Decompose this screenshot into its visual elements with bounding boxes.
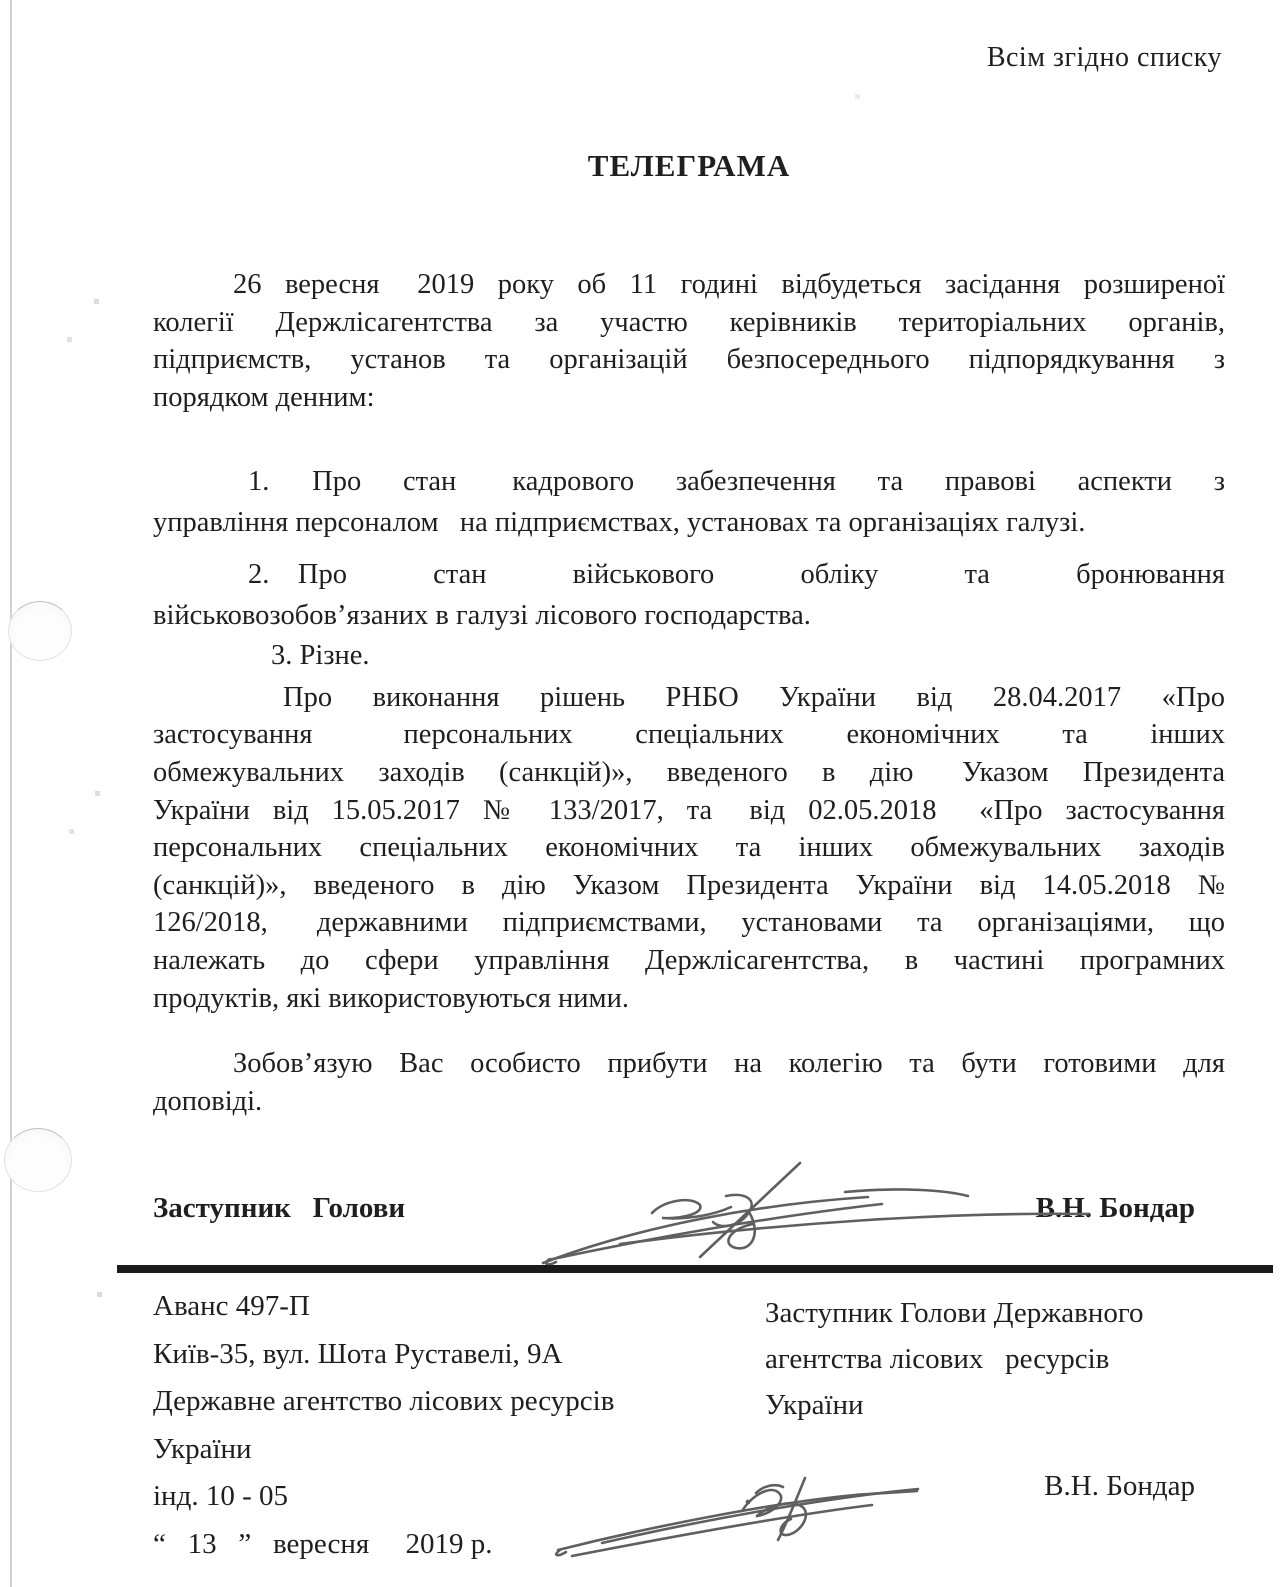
agenda-item-1: 1. Про стан кадрового забезпечення та пр… — [153, 462, 1225, 543]
punch-hole-bottom — [4, 1128, 72, 1192]
text-line: (санкцій)», введеного в дію Указом Прези… — [153, 867, 1225, 905]
text-line: 3. Різне. — [153, 636, 1225, 677]
text-line: Державне агентство лісових ресурсів — [153, 1378, 773, 1426]
text-line: колегії Держлісагентства за участю керів… — [153, 304, 1225, 342]
footer-sender-block: Аванс 497-ПКиїв-35, вул. Шота Руставелі,… — [153, 1283, 773, 1568]
text-line: 126/2018, державними підприємствами, уст… — [153, 904, 1225, 942]
signer-position-title: Заступник Голови — [153, 1192, 405, 1225]
text-line: “ 13 ” вересня 2019 р. — [153, 1521, 773, 1569]
obligation-paragraph: Зобов’язую Вас особисто прибути на колег… — [153, 1045, 1225, 1120]
text-line: порядком денним: — [153, 379, 1225, 417]
text-line: України — [153, 1426, 773, 1474]
text-line: України — [765, 1382, 1215, 1428]
text-line: продуктів, які використовуються ними. — [153, 980, 1225, 1018]
text-line: Зобов’язую Вас особисто прибути на колег… — [153, 1045, 1225, 1083]
signer-name: В.Н. Бондар — [1036, 1192, 1195, 1225]
text-line: 2. Про стан військового обліку та бронюв… — [153, 555, 1225, 596]
footer-signer-name: В.Н. Бондар — [1044, 1470, 1195, 1503]
text-line: обмежувальних заходів (санкцій)», введен… — [153, 754, 1225, 792]
footer-position-block: Заступник Голови Державногоагентства ліс… — [765, 1290, 1215, 1428]
text-line: Аванс 497-П — [153, 1283, 773, 1331]
text-line: Київ-35, вул. Шота Руставелі, 9А — [153, 1331, 773, 1379]
agenda-item-2: 2. Про стан військового обліку та бронюв… — [153, 555, 1225, 636]
scan-edge-line — [10, 0, 12, 1587]
text-line: військовозобов’язаних в галузі лісового … — [153, 596, 1225, 637]
text-line: персональних спеціальних економічних та … — [153, 829, 1225, 867]
document-title: ТЕЛЕГРАМА — [153, 148, 1225, 184]
text-line: підприємств, установ та організацій безп… — [153, 341, 1225, 379]
text-line: доповіді. — [153, 1083, 1225, 1121]
intro-paragraph: 26 вересня 2019 року об 11 годині відбуд… — [153, 266, 1225, 416]
text-line: управління персоналом на підприємствах, … — [153, 503, 1225, 544]
scanned-telegram-page: Всім згідно списку ТЕЛЕГРАМА 26 вересня … — [0, 0, 1280, 1587]
scan-specks — [0, 0, 3, 3]
text-line: належать до сфери управління Держлісаген… — [153, 942, 1225, 980]
agenda-item-3: 3. Різне. — [153, 636, 1225, 677]
text-line: Заступник Голови Державного — [765, 1290, 1215, 1336]
text-line: 1. Про стан кадрового забезпечення та пр… — [153, 462, 1225, 503]
text-line: застосування персональних спеціальних ек… — [153, 716, 1225, 754]
text-line: України від 15.05.2017 № 133/2017, та ві… — [153, 792, 1225, 830]
text-line: Про виконання рішень РНБО України від 28… — [153, 679, 1225, 717]
text-line: 26 вересня 2019 року об 11 годині відбуд… — [153, 266, 1225, 304]
document-body: 26 вересня 2019 року об 11 годині відбуд… — [153, 266, 1225, 1120]
distribution-note: Всім згідно списку — [987, 42, 1222, 74]
signature-row: Заступник Голови В.Н. Бондар — [153, 1192, 1195, 1225]
text-line: інд. 10 - 05 — [153, 1473, 773, 1521]
punch-hole-top — [8, 601, 72, 661]
rnbo-paragraph: Про виконання рішень РНБО України від 28… — [153, 679, 1225, 1017]
text-line: агентства лісових ресурсів — [765, 1336, 1215, 1382]
footer-divider-rule — [117, 1265, 1273, 1273]
